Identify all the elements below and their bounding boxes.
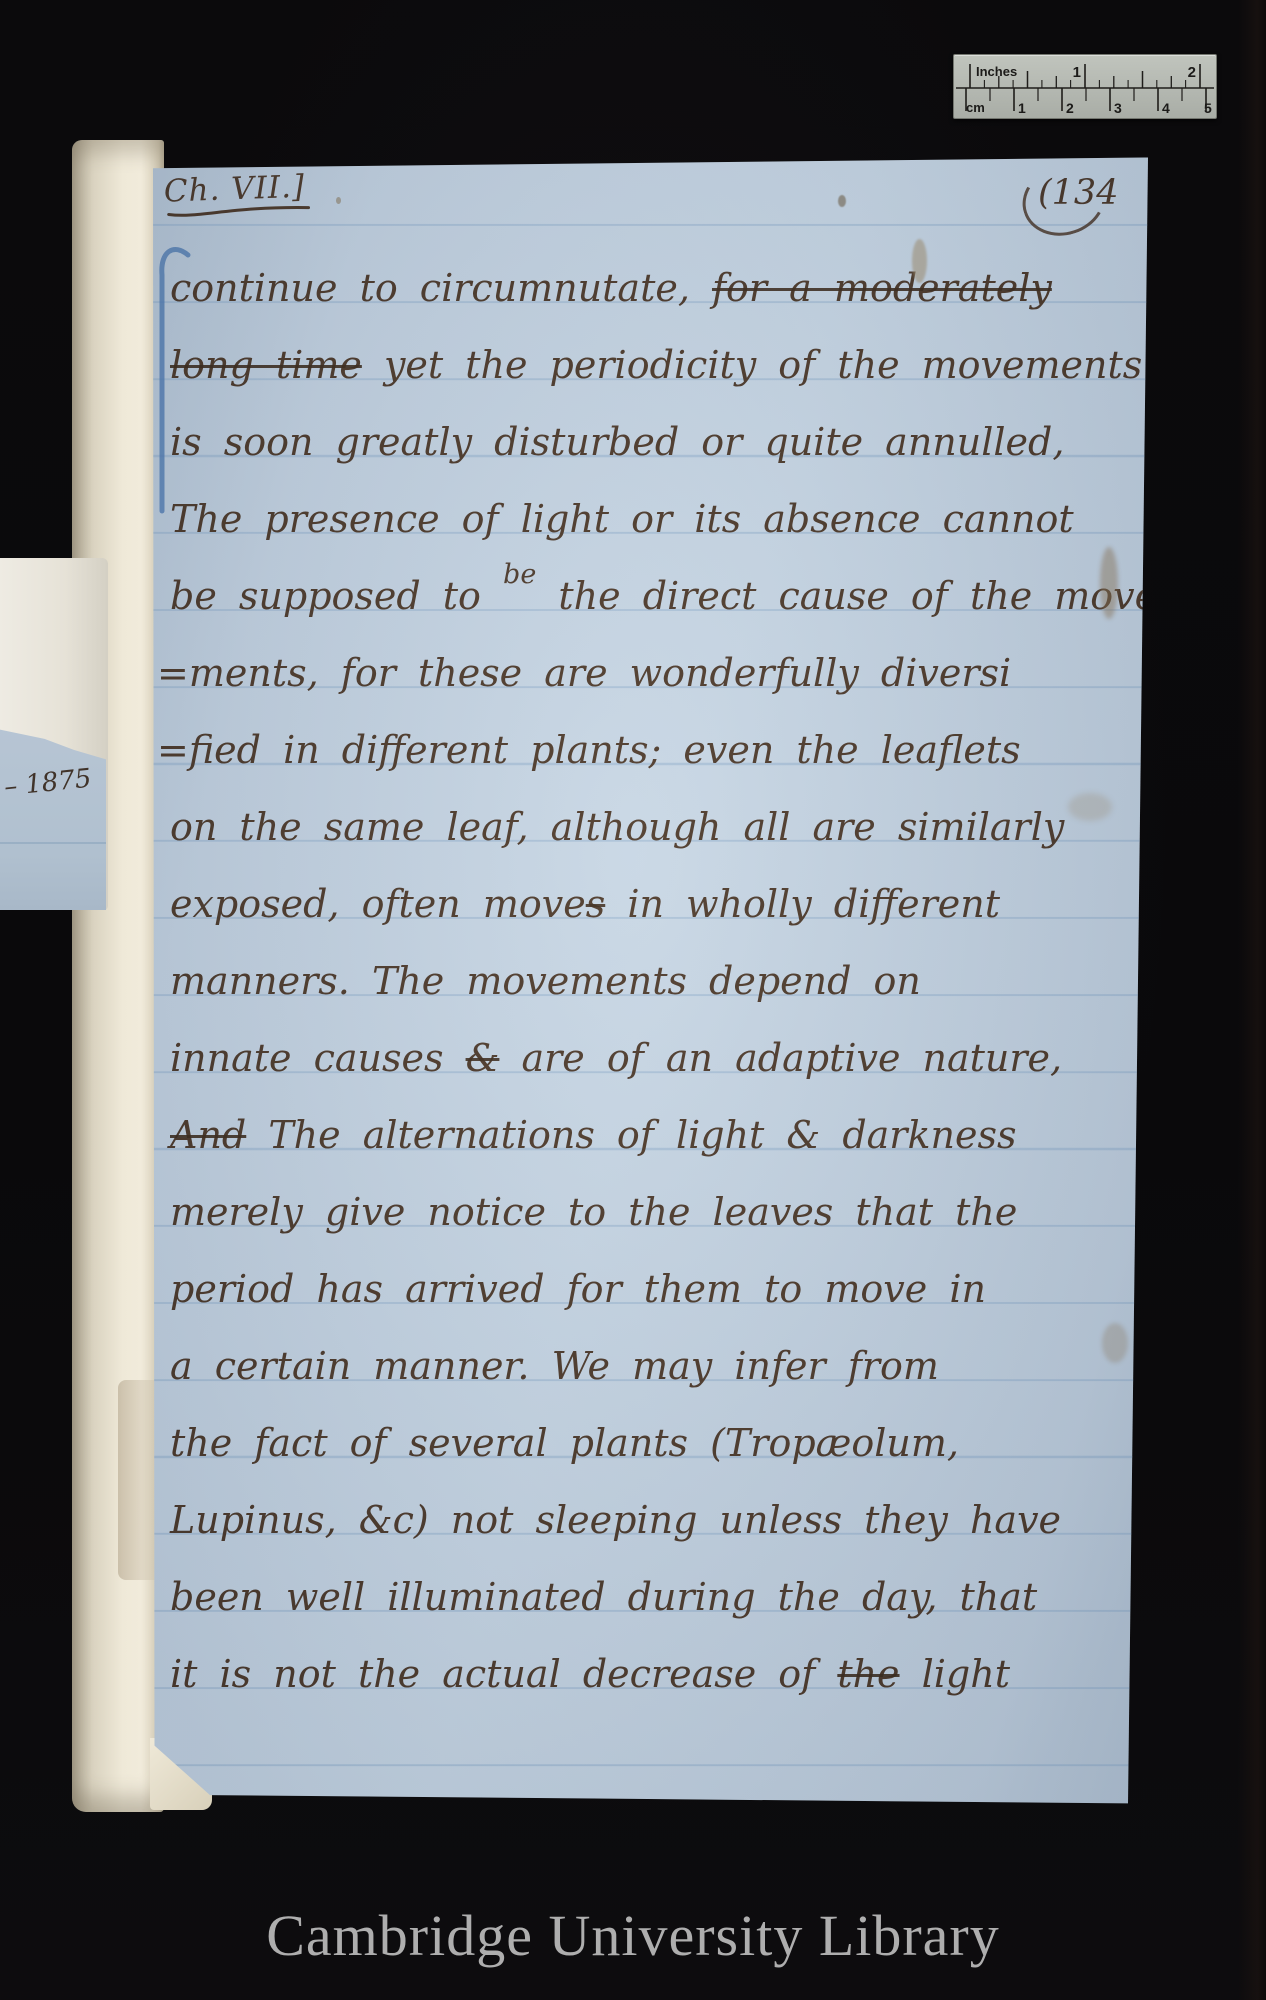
- ruler-cm-label: cm: [966, 100, 985, 115]
- ruler: Inches 1 2 cm 1 2 3 4 5: [953, 54, 1217, 119]
- manuscript-page: Ch. VII.] (134 continue to circumnutate,…: [150, 155, 1150, 1805]
- ruler-cm-4: 4: [1162, 100, 1170, 116]
- ruler-scale: Inches 1 2 cm 1 2 3 4 5: [954, 55, 1216, 118]
- ruler-cm-3: 3: [1114, 100, 1122, 116]
- ruler-cm-5: 5: [1204, 100, 1212, 116]
- cloth-fold-edge: [1238, 0, 1266, 2000]
- ruler-inch-1: 1: [1073, 64, 1081, 81]
- page-shading: [150, 155, 1150, 1805]
- ruler-inch-2: 2: [1188, 64, 1196, 81]
- ruler-cm-2: 2: [1066, 100, 1074, 116]
- side-tab-year: – 1875: [3, 764, 93, 803]
- ruler-cm-1: 1: [1018, 100, 1026, 116]
- photo-background: – 1875: [0, 0, 1266, 2000]
- ruler-inches-label: Inches: [976, 64, 1017, 79]
- library-watermark: Cambridge University Library: [0, 1902, 1266, 1969]
